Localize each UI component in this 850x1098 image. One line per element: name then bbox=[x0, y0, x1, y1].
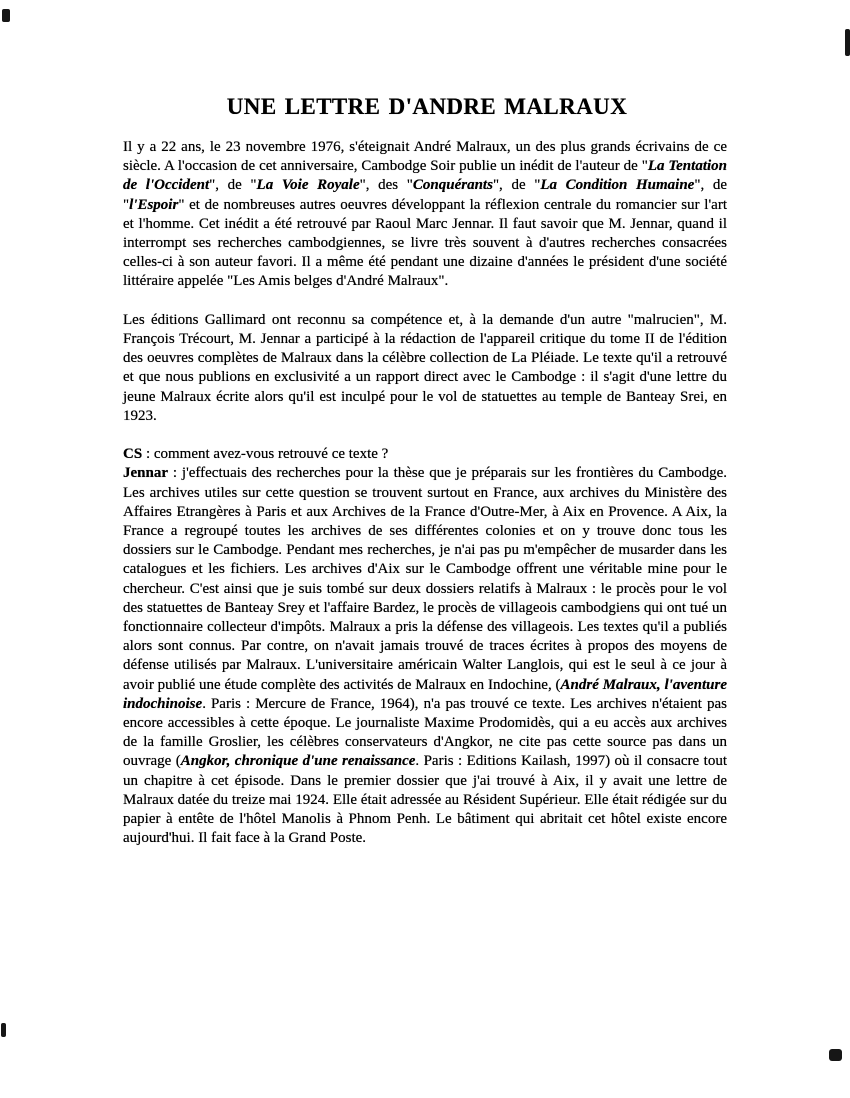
paragraph-intro: Il y a 22 ans, le 23 novembre 1976, s'ét… bbox=[123, 138, 727, 292]
text-run: " et de nombreuses autres oeuvres dévelo… bbox=[123, 197, 727, 290]
text-run: La Condition Humaine bbox=[540, 177, 694, 193]
text-run: La Voie Royale bbox=[257, 177, 360, 193]
paragraph-gallimard: Les éditions Gallimard ont reconnu sa co… bbox=[123, 311, 727, 426]
document-title: UNE LETTRE D'ANDRE MALRAUX bbox=[123, 94, 731, 120]
document-page: UNE LETTRE D'ANDRE MALRAUX Il y a 22 ans… bbox=[0, 0, 850, 1098]
paragraph-answer-jennar: Jennar : j'effectuais des recherches pou… bbox=[123, 464, 727, 848]
scan-artifact-top-right-icon bbox=[845, 29, 850, 56]
paragraph-question-cs: CS : comment avez-vous retrouvé ce texte… bbox=[123, 445, 727, 464]
scan-artifact-bottom-right-icon bbox=[829, 1049, 842, 1061]
document-body: Il y a 22 ans, le 23 novembre 1976, s'ét… bbox=[123, 138, 727, 848]
text-run: ", de " bbox=[209, 177, 256, 193]
text-run: Conquérants bbox=[413, 177, 493, 193]
text-run: Angkor, chronique d'une renaissance bbox=[181, 753, 416, 769]
text-run: ", des " bbox=[360, 177, 413, 193]
text-run: : comment avez-vous retrouvé ce texte ? bbox=[142, 446, 388, 462]
text-run: Jennar bbox=[123, 465, 168, 481]
text-run: CS bbox=[123, 446, 142, 462]
text-run: : j'effectuais des recherches pour la th… bbox=[123, 465, 727, 692]
scan-artifact-bottom-left-icon bbox=[1, 1023, 6, 1037]
text-run: ", de " bbox=[493, 177, 540, 193]
text-run: Il y a 22 ans, le 23 novembre 1976, s'ét… bbox=[123, 139, 727, 174]
scan-artifact-top-left-icon bbox=[2, 9, 10, 22]
text-run: l'Espoir bbox=[129, 197, 178, 213]
text-run: Les éditions Gallimard ont reconnu sa co… bbox=[123, 312, 727, 424]
